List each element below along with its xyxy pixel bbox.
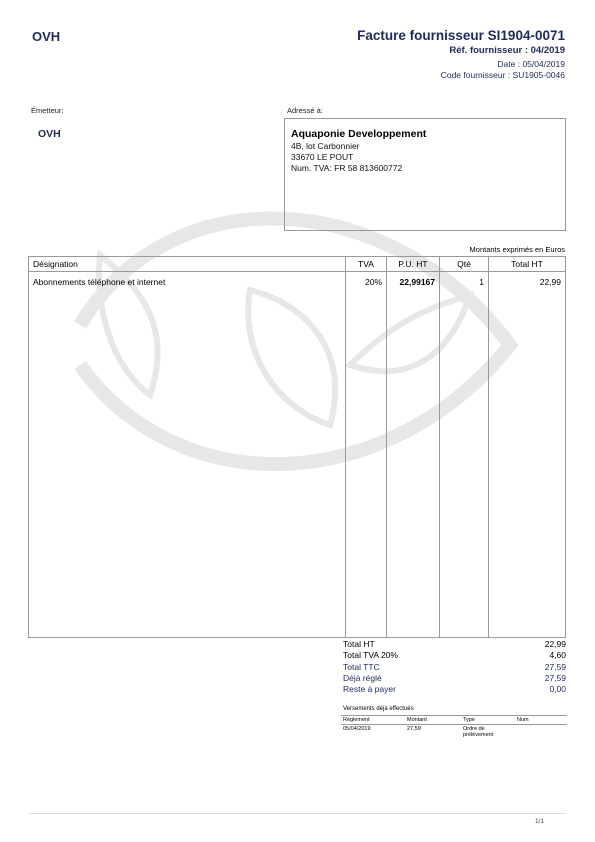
cell-designation: Abonnements téléphone et internet (29, 272, 346, 288)
col-header-unit-price: P.U. HT (387, 257, 440, 272)
total-tva-value: 4,60 (549, 650, 566, 661)
recipient-vat-number: Num. TVA: FR 58 813600772 (291, 163, 402, 173)
total-ttc-row: Total TTC 27,59 (343, 662, 566, 673)
table-row: Abonnements téléphone et internet 20% 22… (29, 272, 566, 288)
total-ht-value: 22,99 (545, 639, 566, 650)
payments-header-row: Réglement Montant Type Num (341, 716, 567, 725)
currency-note: Montants exprimés en Euros (470, 245, 565, 254)
col-header-designation: Désignation (29, 257, 346, 272)
sender-label: Émetteur: (31, 106, 64, 115)
recipient-name: Aquaponie Developpement (291, 128, 426, 140)
already-paid-label: Déjà réglé (343, 673, 382, 684)
cell-total-ht: 22,99 (489, 272, 566, 288)
total-tva-row: Total TVA 20% 4,60 (343, 650, 566, 661)
col-header-amount: Montant (405, 716, 461, 725)
total-tva-label: Total TVA 20% (343, 650, 398, 661)
remaining-value: 0,00 (549, 684, 566, 695)
totals-block: Total HT 22,99 Total TVA 20% 4,60 Total … (343, 639, 566, 695)
total-ht-row: Total HT 22,99 (343, 639, 566, 650)
supplier-code: Code fournisseur : SU1905-0046 (441, 70, 565, 80)
page-number: 1/1 (535, 818, 544, 825)
cell-unit-price: 22,99167 (387, 272, 440, 288)
already-paid-value: 27,59 (545, 673, 566, 684)
col-header-total-ht: Total HT (489, 257, 566, 272)
cell-tva: 20% (346, 272, 387, 288)
total-ht-label: Total HT (343, 639, 375, 650)
sender-company-name: OVH (32, 29, 60, 44)
footer-divider (28, 813, 566, 814)
payment-num (515, 725, 567, 740)
payment-amount: 27,59 (405, 725, 461, 740)
cell-quantity: 1 (440, 272, 489, 288)
col-header-payment-date: Réglement (341, 716, 405, 725)
remaining-label: Reste à payer (343, 684, 396, 695)
invoice-lines-table: Désignation TVA P.U. HT Qté Total HT Abo… (28, 256, 566, 638)
recipient-address-line: 33670 LE POUT (291, 152, 353, 162)
table-row: 05/04/2019 27,59 Ordre de prélèvement (341, 725, 567, 740)
invoice-date: Date : 05/04/2019 (497, 59, 565, 69)
payments-table: Réglement Montant Type Num 05/04/2019 27… (341, 715, 567, 739)
col-header-tva: TVA (346, 257, 387, 272)
table-header-row: Désignation TVA P.U. HT Qté Total HT (29, 257, 566, 272)
table-filler-row (29, 287, 566, 638)
invoice-title: Facture fournisseur SI1904-0071 (357, 28, 565, 43)
payments-title: Versements déjà effectués (343, 706, 414, 712)
col-header-num: Num (515, 716, 567, 725)
col-header-type: Type (461, 716, 515, 725)
payment-date: 05/04/2019 (341, 725, 405, 740)
total-ttc-value: 27,59 (545, 662, 566, 673)
remaining-row: Reste à payer 0,00 (343, 684, 566, 695)
supplier-reference: Réf. fournisseur : 04/2019 (449, 45, 565, 56)
payment-type: Ordre de prélèvement (461, 725, 515, 740)
col-header-quantity: Qté (440, 257, 489, 272)
sender-name: OVH (38, 128, 61, 140)
recipient-label: Adressé à: (287, 106, 323, 115)
total-ttc-label: Total TTC (343, 662, 380, 673)
recipient-address-line: 4B, lot Carbonnier (291, 141, 360, 151)
already-paid-row: Déjà réglé 27,59 (343, 673, 566, 684)
